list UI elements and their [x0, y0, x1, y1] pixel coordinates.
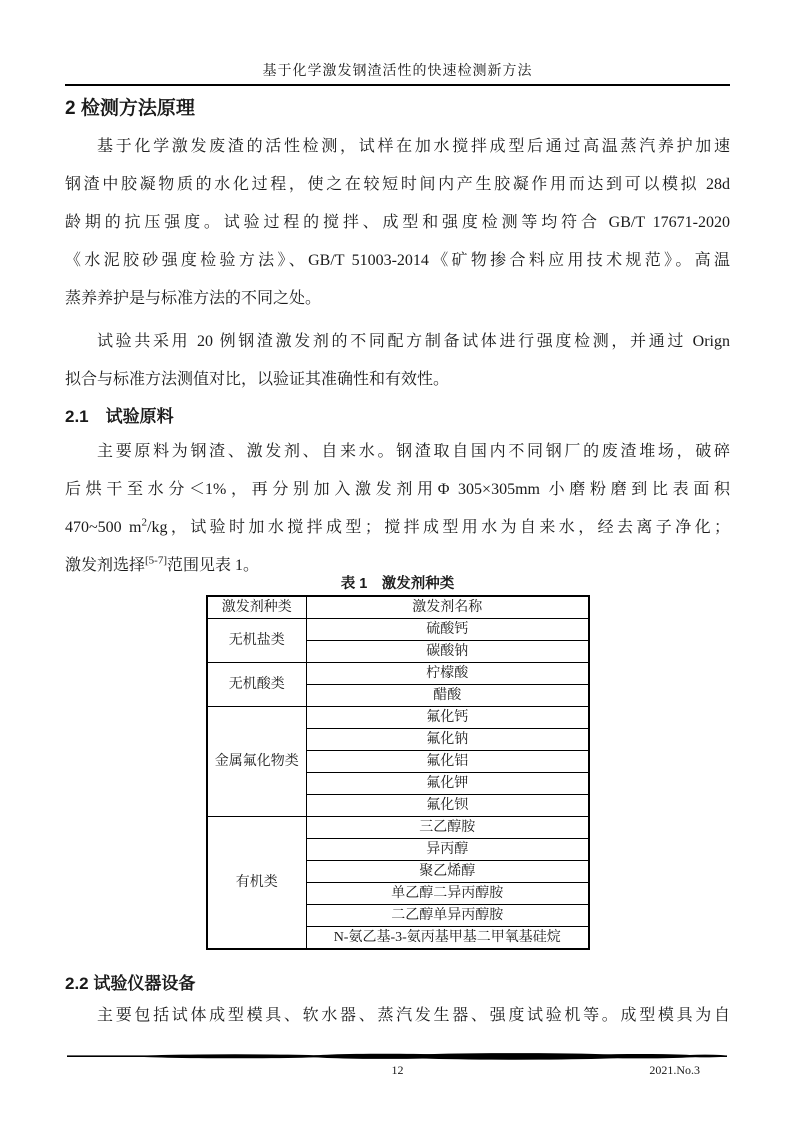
text-segment: /kg，试验时加水搅拌成型；搅拌成型用水为自来水，经去离子净化； — [147, 519, 730, 536]
table-item-cell: 硫酸钙 — [307, 619, 589, 641]
table-row: 无机盐类 硫酸钙 — [207, 619, 589, 641]
issue-label: 2021.No.3 — [649, 1062, 700, 1078]
table-item-cell: 氟化钡 — [307, 795, 589, 817]
table-item-cell: 聚乙烯醇 — [307, 861, 589, 883]
table-item-cell: 柠檬酸 — [307, 663, 589, 685]
text-line: 基于化学激发废渣的活性检测，试样在加水搅拌成型后通过高温蒸汽养护加速 — [65, 128, 730, 166]
table-row: 金属氟化物类 氟化钙 — [207, 707, 589, 729]
activator-types-table: 激发剂种类 激发剂名称 无机盐类 硫酸钙 碳酸钠 无机酸类 柠檬酸 醋酸 金属氟… — [206, 595, 590, 950]
text-line: 试验共采用 20 例钢渣激发剂的不同配方制备试体进行强度检测，并通过 Orign — [65, 323, 730, 361]
text-line: 拟合与标准方法测值对比，以验证其准确性和有效性。 — [65, 361, 730, 399]
section-heading-2-1: 2.1 试验原料 — [65, 404, 730, 430]
text-line: 蒸养养护是与标准方法的不同之处。 — [65, 280, 730, 318]
table-item-cell: 碳酸钠 — [307, 641, 589, 663]
table-item-cell: 醋酸 — [307, 685, 589, 707]
table-category-cell: 有机类 — [207, 817, 307, 950]
paragraph-experiment-overview: 试验共采用 20 例钢渣激发剂的不同配方制备试体进行强度检测，并通过 Orign… — [65, 323, 730, 399]
document-page: 基于化学激发钢渣活性的快速检测新方法 2 检测方法原理 基于化学激发废渣的活性检… — [0, 0, 793, 1122]
table-item-cell: 单乙醇二异丙醇胺 — [307, 883, 589, 905]
table-header-cell: 激发剂种类 — [207, 596, 307, 619]
footer-text-row: 12 2021.No.3 — [65, 1062, 730, 1078]
table-item-cell: 氟化钙 — [307, 707, 589, 729]
footer-rule — [65, 1052, 730, 1061]
text-line: 龄期的抗压强度。试验过程的搅拌、成型和强度检测等均符合 GB/T 17671-2… — [65, 204, 730, 242]
table-header-row: 激发剂种类 激发剂名称 — [207, 596, 589, 619]
running-header: 基于化学激发钢渣活性的快速检测新方法 — [65, 60, 730, 84]
table-item-cell: 二乙醇单异丙醇胺 — [307, 905, 589, 927]
table-header-cell: 激发剂名称 — [307, 596, 589, 619]
text-line: 《水泥胶砂强度检验方法》、GB/T 51003-2014《矿物掺合料应用技术规范… — [65, 242, 730, 280]
table-item-cell: 氟化铝 — [307, 751, 589, 773]
text-line: 钢渣中胶凝物质的水化过程，使之在较短时间内产生胶凝作用而达到可以模拟 28d — [65, 166, 730, 204]
text-segment: 范围见表 1。 — [167, 557, 259, 574]
header-rule — [65, 84, 730, 86]
paragraph-raw-materials: 主要原料为钢渣、激发剂、自来水。钢渣取自国内不同钢厂的废渣堆场，破碎 后烘干至水… — [65, 433, 730, 585]
table-category-cell: 无机盐类 — [207, 619, 307, 663]
paragraph-equipment: 主要包括试体成型模具、软水器、蒸汽发生器、强度试验机等。成型模具为自 — [65, 997, 730, 1035]
text-line: 主要包括试体成型模具、软水器、蒸汽发生器、强度试验机等。成型模具为自 — [65, 997, 730, 1035]
section-heading-2: 2 检测方法原理 — [65, 95, 730, 123]
paragraph-principle: 基于化学激发废渣的活性检测，试样在加水搅拌成型后通过高温蒸汽养护加速 钢渣中胶凝… — [65, 128, 730, 318]
table-item-cell: 三乙醇胺 — [307, 817, 589, 839]
section-heading-2-2: 2.2 试验仪器设备 — [65, 971, 730, 997]
citation-superscript: [5-7] — [145, 555, 167, 567]
page-number: 12 — [392, 1062, 404, 1078]
text-line: 主要原料为钢渣、激发剂、自来水。钢渣取自国内不同钢厂的废渣堆场，破碎 — [65, 433, 730, 471]
table-row: 无机酸类 柠檬酸 — [207, 663, 589, 685]
text-line: 后烘干至水分＜1%，再分别加入激发剂用Φ 305×305mm 小磨粉磨到比表面积 — [65, 471, 730, 509]
page-footer: 12 2021.No.3 — [65, 1052, 730, 1078]
table-row: 有机类 三乙醇胺 — [207, 817, 589, 839]
table-item-cell: 氟化钾 — [307, 773, 589, 795]
text-segment: 激发剂选择 — [65, 557, 145, 574]
table-category-cell: 无机酸类 — [207, 663, 307, 707]
text-line: 470~500 m2/kg，试验时加水搅拌成型；搅拌成型用水为自来水，经去离子净… — [65, 509, 730, 547]
table-category-cell: 金属氟化物类 — [207, 707, 307, 817]
table-item-cell: 异丙醇 — [307, 839, 589, 861]
table-item-cell: 氟化钠 — [307, 729, 589, 751]
table-item-cell: N-氨乙基-3-氨丙基甲基二甲氧基硅烷 — [307, 927, 589, 950]
text-segment: 470~500 m — [65, 519, 142, 536]
